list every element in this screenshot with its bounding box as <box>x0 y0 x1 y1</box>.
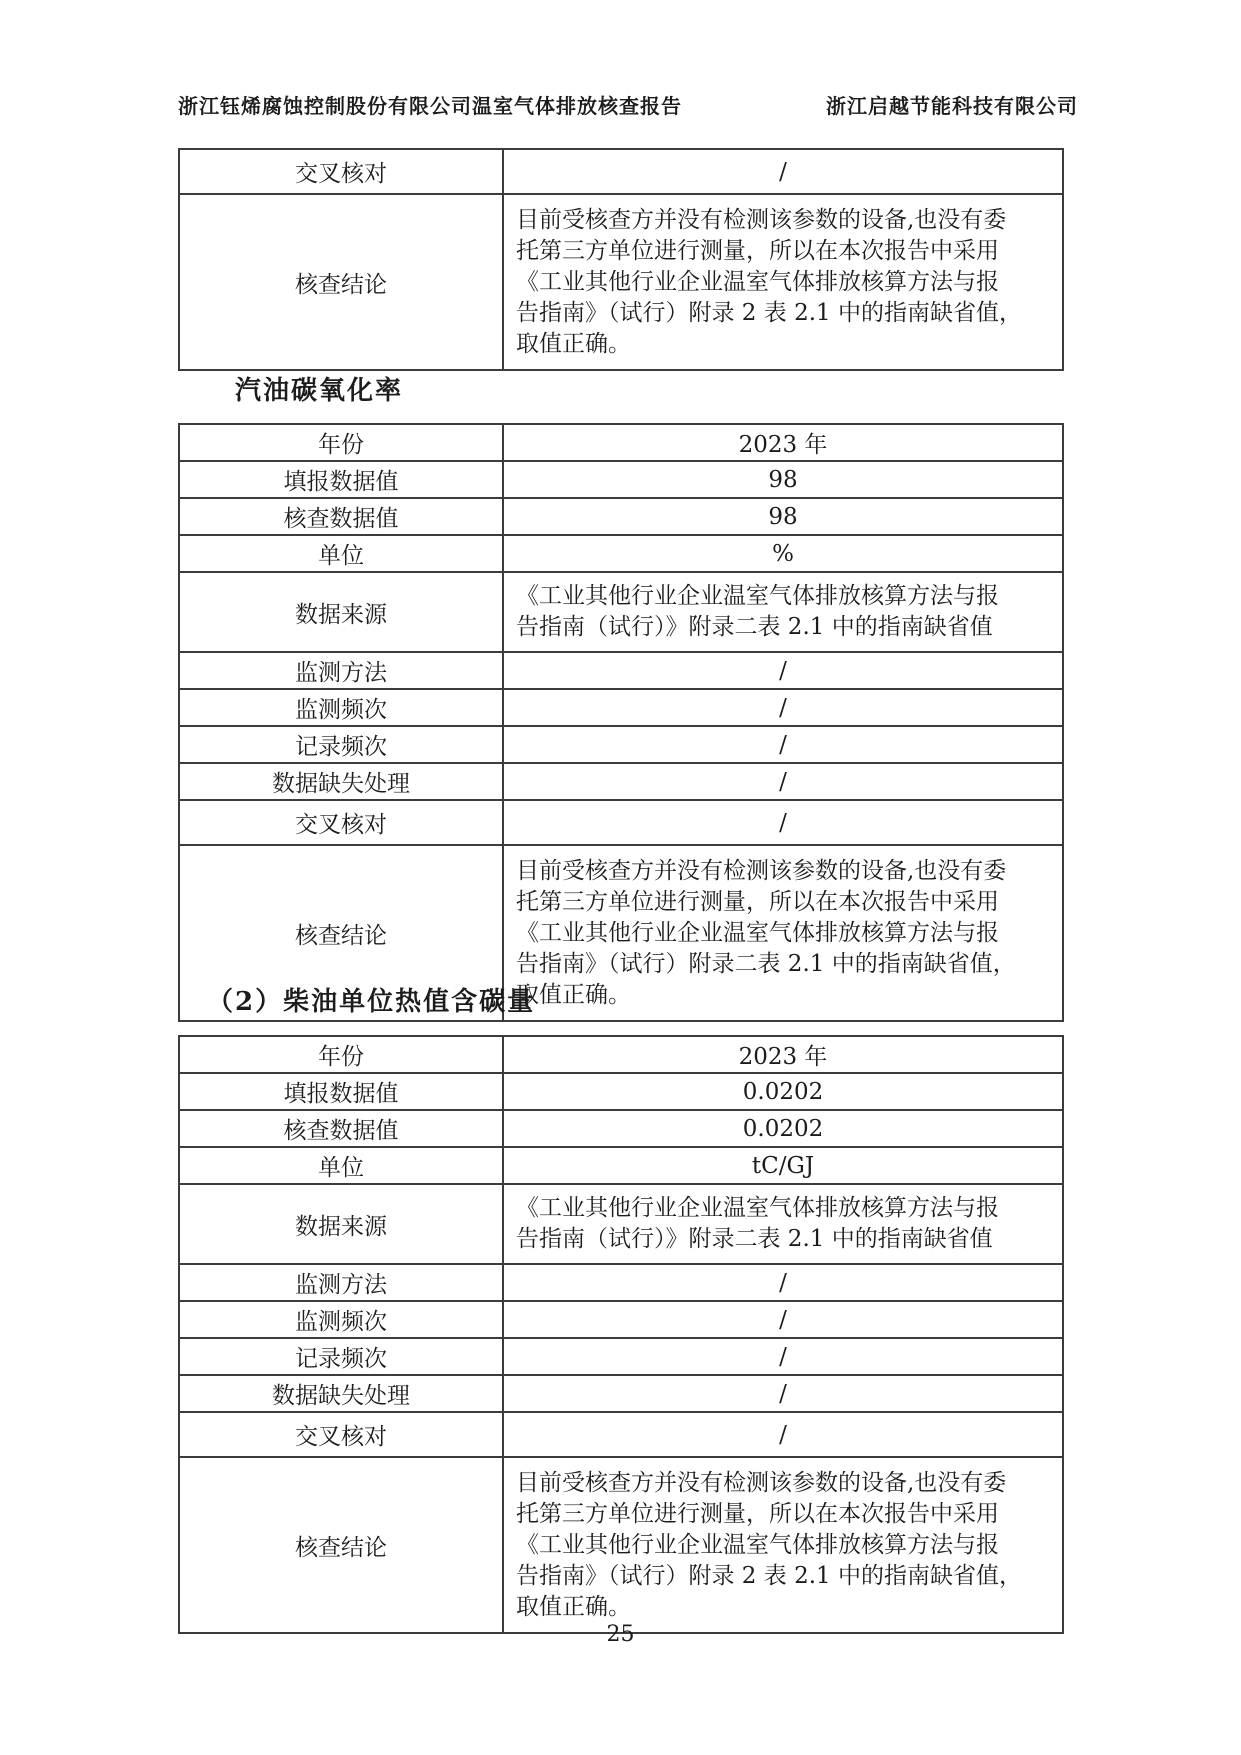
row-label: 单位 <box>179 535 503 572</box>
row-value: % <box>503 535 1063 572</box>
row-value: / <box>503 763 1063 800</box>
row-value: 《工业其他行业企业温室气体排放核算方法与报 告指南（试行）》附录二表 2.1 中… <box>503 572 1063 652</box>
page-header: 浙江钰烯腐蚀控制股份有限公司温室气体排放核查报告 浙江启越节能科技有限公司 <box>178 90 1078 119</box>
row-label: 监测频次 <box>179 1301 503 1338</box>
row-value: 98 <box>503 498 1063 535</box>
row-value: / <box>503 726 1063 763</box>
header-company-name: 浙江启越节能科技有限公司 <box>826 90 1078 119</box>
table-row: 交叉核对 / <box>179 1412 1063 1457</box>
table-row: 数据缺失处理 / <box>179 1375 1063 1412</box>
row-label: 记录频次 <box>179 726 503 763</box>
row-value: / <box>503 800 1063 845</box>
row-label: 核查数据值 <box>179 498 503 535</box>
table-row: 监测频次 / <box>179 689 1063 726</box>
row-label: 监测方法 <box>179 1264 503 1301</box>
table-row: 单位 % <box>179 535 1063 572</box>
row-label: 年份 <box>179 424 503 461</box>
table-row: 记录频次 / <box>179 1338 1063 1375</box>
row-value: 98 <box>503 461 1063 498</box>
table-row: 核查数据值 0.0202 <box>179 1110 1063 1147</box>
header-report-title: 浙江钰烯腐蚀控制股份有限公司温室气体排放核查报告 <box>178 90 682 119</box>
table-row: 单位 tC/GJ <box>179 1147 1063 1184</box>
row-label: 交叉核对 <box>179 800 503 845</box>
table-gasoline-carbon-oxidation-rate: 年份 2023 年 填报数据值 98 核查数据值 98 单位 % 数据来源 《工… <box>178 423 1064 1022</box>
row-label: 数据缺失处理 <box>179 763 503 800</box>
row-value: / <box>503 149 1063 194</box>
row-label: 数据缺失处理 <box>179 1375 503 1412</box>
table-row: 年份 2023 年 <box>179 424 1063 461</box>
row-label: 单位 <box>179 1147 503 1184</box>
row-value: 目前受核查方并没有检测该参数的设备,也没有委 托第三方单位进行测量，所以在本次报… <box>503 845 1063 1021</box>
table-row: 核查结论 目前受核查方并没有检测该参数的设备,也没有委 托第三方单位进行测量，所… <box>179 194 1063 370</box>
row-value: / <box>503 652 1063 689</box>
row-label: 核查结论 <box>179 1457 503 1633</box>
row-label: 核查数据值 <box>179 1110 503 1147</box>
row-label: 记录频次 <box>179 1338 503 1375</box>
row-value: / <box>503 689 1063 726</box>
table-row: 核查结论 目前受核查方并没有检测该参数的设备,也没有委 托第三方单位进行测量，所… <box>179 1457 1063 1633</box>
row-value: 0.0202 <box>503 1110 1063 1147</box>
table-row: 记录频次 / <box>179 726 1063 763</box>
table-row: 年份 2023 年 <box>179 1036 1063 1073</box>
table-row: 数据缺失处理 / <box>179 763 1063 800</box>
table-row: 填报数据值 98 <box>179 461 1063 498</box>
row-label: 填报数据值 <box>179 461 503 498</box>
row-label: 年份 <box>179 1036 503 1073</box>
page-number: 25 <box>0 1622 1241 1647</box>
row-value: 2023 年 <box>503 1036 1063 1073</box>
row-value: / <box>503 1264 1063 1301</box>
row-value: 2023 年 <box>503 424 1063 461</box>
row-label: 交叉核对 <box>179 149 503 194</box>
row-label: 交叉核对 <box>179 1412 503 1457</box>
row-label: 数据来源 <box>179 572 503 652</box>
row-value: / <box>503 1338 1063 1375</box>
row-label: 监测方法 <box>179 652 503 689</box>
table-row: 数据来源 《工业其他行业企业温室气体排放核算方法与报 告指南（试行）》附录二表 … <box>179 572 1063 652</box>
section-heading-gasoline-carbon-oxidation-rate: 汽油碳氧化率 <box>235 370 403 407</box>
row-value: / <box>503 1412 1063 1457</box>
report-page: 浙江钰烯腐蚀控制股份有限公司温室气体排放核查报告 浙江启越节能科技有限公司 交叉… <box>0 0 1241 1755</box>
row-value: 目前受核查方并没有检测该参数的设备,也没有委 托第三方单位进行测量，所以在本次报… <box>503 194 1063 370</box>
table-row: 核查数据值 98 <box>179 498 1063 535</box>
row-value: / <box>503 1375 1063 1412</box>
table-row: 交叉核对 / <box>179 149 1063 194</box>
table-row: 填报数据值 0.0202 <box>179 1073 1063 1110</box>
row-value: tC/GJ <box>503 1147 1063 1184</box>
row-value: / <box>503 1301 1063 1338</box>
row-value: 《工业其他行业企业温室气体排放核算方法与报 告指南（试行）》附录二表 2.1 中… <box>503 1184 1063 1264</box>
row-value: 0.0202 <box>503 1073 1063 1110</box>
table-row: 交叉核对 / <box>179 800 1063 845</box>
row-label: 监测频次 <box>179 689 503 726</box>
row-label: 核查结论 <box>179 194 503 370</box>
table-diesel-carbon-content-per-heat-value: 年份 2023 年 填报数据值 0.0202 核查数据值 0.0202 单位 t… <box>178 1035 1064 1634</box>
table-row: 数据来源 《工业其他行业企业温室气体排放核算方法与报 告指南（试行）》附录二表 … <box>179 1184 1063 1264</box>
table-row: 监测方法 / <box>179 1264 1063 1301</box>
section-heading-diesel-carbon-content: （2）柴油单位热值含碳量 <box>207 981 535 1018</box>
row-label: 数据来源 <box>179 1184 503 1264</box>
table-row: 监测方法 / <box>179 652 1063 689</box>
table-cross-check-conclusion: 交叉核对 / 核查结论 目前受核查方并没有检测该参数的设备,也没有委 托第三方单… <box>178 148 1064 371</box>
table-row: 监测频次 / <box>179 1301 1063 1338</box>
row-label: 填报数据值 <box>179 1073 503 1110</box>
row-value: 目前受核查方并没有检测该参数的设备,也没有委 托第三方单位进行测量，所以在本次报… <box>503 1457 1063 1633</box>
